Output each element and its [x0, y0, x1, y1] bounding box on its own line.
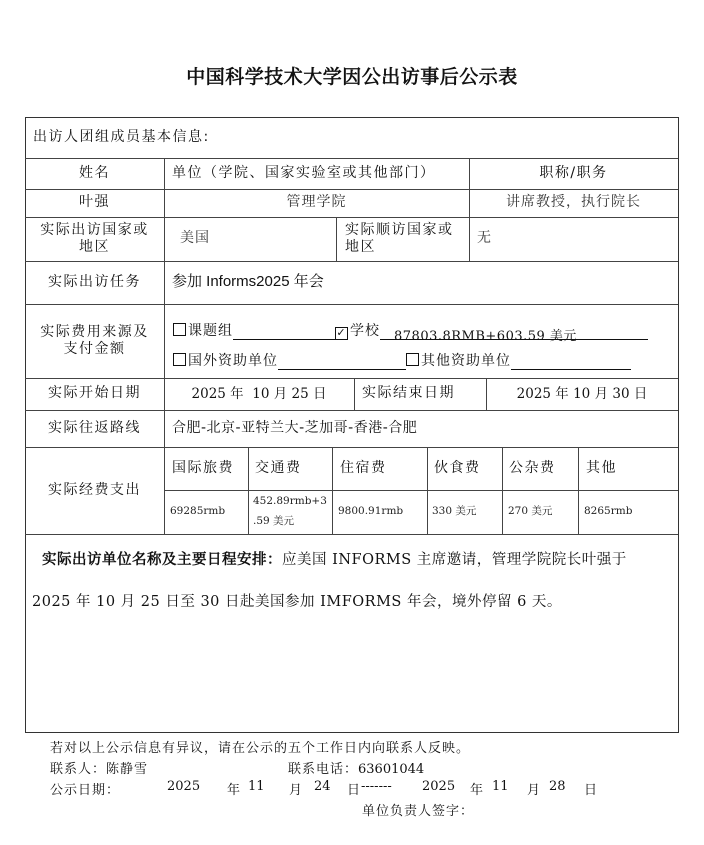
checkbox-foreign-sponsor[interactable]: [173, 353, 186, 366]
divider: [502, 447, 503, 534]
amount-field-school[interactable]: 87803.8RMB+603.59 美元: [380, 325, 648, 340]
transport-line2: .59 美元: [253, 512, 294, 532]
contact-label: 联系人：: [50, 762, 106, 777]
phone-label: 联系电话：: [288, 762, 358, 777]
transit-country-value: 无: [477, 217, 667, 261]
country-label-line2: 地区: [79, 239, 110, 257]
section-header: 出访人团组成员基本信息:: [33, 117, 633, 158]
task-value: 参加 Informs2025 年会: [172, 261, 672, 304]
from-year: 2025: [167, 779, 200, 794]
from-day: 24: [314, 779, 331, 794]
page-title: 中国科学技术大学因公出访事后公示表: [0, 62, 704, 89]
route-label: 实际往返路线: [25, 410, 164, 447]
divider: [469, 217, 470, 261]
expense-header-other: 其他: [586, 447, 678, 490]
funding-option-label: 国外资助单位: [188, 353, 278, 369]
month-char: 月: [289, 779, 303, 798]
expense-value-intl-travel: 69285rmb: [170, 490, 248, 534]
member-name: 叶强: [25, 189, 164, 217]
to-year: 2025: [422, 779, 455, 794]
funding-label: 实际费用来源及 支付金额: [25, 304, 164, 378]
divider: [427, 447, 428, 534]
divider: [25, 534, 678, 535]
funding-line-1: 课题组✓学校87803.8RMB+603.59 美元: [173, 320, 648, 340]
expenses-label: 实际经费支出: [25, 447, 164, 534]
start-date-label: 实际开始日期: [25, 378, 164, 410]
member-title: 讲席教授，执行院长: [469, 189, 678, 217]
expense-value-misc: 270 美元: [508, 490, 578, 534]
publish-dates: 公示日期： 2025 年 11 月 24 日 ------- 2025 年 11…: [50, 779, 650, 797]
expense-header-intl-travel: 国际旅费: [172, 447, 248, 490]
member-unit: 管理学院: [164, 189, 469, 217]
task-label: 实际出访任务: [25, 261, 164, 304]
schedule-line-2: 2025 年 10 月 25 日至 30 日赴美国参加 IMFORMS 年会，境…: [32, 590, 672, 611]
divider: [578, 447, 579, 534]
expense-header-misc: 公杂费: [509, 447, 578, 490]
divider: [354, 378, 355, 410]
amount-field-foreign-sponsor[interactable]: [278, 354, 406, 370]
amount-field-other-sponsor[interactable]: [511, 354, 631, 370]
expense-header-transport: 交通费: [255, 447, 332, 490]
contact-phone: 联系电话：63601044: [288, 758, 424, 777]
schedule-label: 实际出访单位名称及主要日程安排：: [42, 552, 282, 568]
country-label: 实际出访国家或 地区: [25, 217, 164, 261]
expense-header-meals: 伙食费: [434, 447, 502, 490]
expense-value-lodging: 9800.91rmb: [338, 490, 427, 534]
funding-line-2: 国外资助单位其他资助单位: [173, 350, 631, 370]
expense-value-other: 8265rmb: [584, 490, 678, 534]
checkbox-other-sponsor[interactable]: [406, 353, 419, 366]
checkbox-school[interactable]: ✓: [335, 327, 348, 340]
expense-header-lodging: 住宿费: [340, 447, 427, 490]
publish-label: 公示日期：: [50, 779, 120, 798]
schedule-line-1: 实际出访单位名称及主要日程安排：应美国 INFORMS 主席邀请，管理学院院长叶…: [42, 548, 672, 569]
divider: [248, 447, 249, 534]
signature-label: 单位负责人签字：: [362, 800, 474, 819]
transit-country-label: 实际顺访国家或 地区: [345, 217, 469, 261]
end-date-label: 实际结束日期: [362, 378, 486, 410]
transit-label-line1: 实际顺访国家或: [345, 222, 454, 240]
funding-label-line2: 支付金额: [64, 341, 126, 359]
column-header-name: 姓名: [25, 158, 164, 189]
day-char: 日: [584, 779, 598, 798]
year-char: 年: [470, 779, 484, 798]
country-value: 美国: [180, 217, 330, 261]
route-value: 合肥-北京-亚特兰大-芝加哥-香港-合肥: [172, 410, 672, 447]
contact-person: 联系人：陈静雪: [50, 758, 148, 777]
divider: [336, 217, 337, 261]
to-month: 11: [492, 779, 509, 794]
expense-value-transport: 452.89rmb+3 .59 美元: [253, 490, 332, 534]
day-char: 日: [347, 779, 361, 798]
expense-value-meals: 330 美元: [432, 490, 502, 534]
checkbox-project-group[interactable]: [173, 323, 186, 336]
divider: [332, 447, 333, 534]
date-dash: -------: [361, 779, 392, 794]
transport-line1: 452.89rmb+3: [253, 492, 327, 512]
phone-number: 63601044: [358, 762, 424, 777]
contact-name: 陈静雪: [106, 762, 148, 777]
end-date-value: 2025 年 10 月 30 日: [486, 378, 678, 410]
column-header-unit: 单位（学院、国家实验室或其他部门）: [172, 158, 469, 189]
schedule-text-1: 应美国 INFORMS 主席邀请，管理学院院长叶强于: [282, 552, 627, 568]
objection-notice: 若对以上公示信息有异议，请在公示的五个工作日内向联系人反映。: [50, 737, 470, 756]
column-header-title: 职称/职务: [469, 158, 678, 189]
start-date-value: 2025 年 10 月 25 日: [164, 378, 354, 410]
month-char: 月: [527, 779, 541, 798]
transit-label-line2: 地区: [345, 239, 376, 257]
from-month: 11: [248, 779, 265, 794]
funding-option-label: 课题组: [188, 323, 233, 339]
funding-option-label: 学校: [350, 323, 380, 339]
country-label-line1: 实际出访国家或: [40, 222, 149, 240]
funding-option-label: 其他资助单位: [421, 353, 511, 369]
amount-field-project-group[interactable]: [233, 324, 335, 340]
funding-label-line1: 实际费用来源及: [40, 324, 149, 342]
to-day: 28: [549, 779, 566, 794]
year-char: 年: [227, 779, 241, 798]
